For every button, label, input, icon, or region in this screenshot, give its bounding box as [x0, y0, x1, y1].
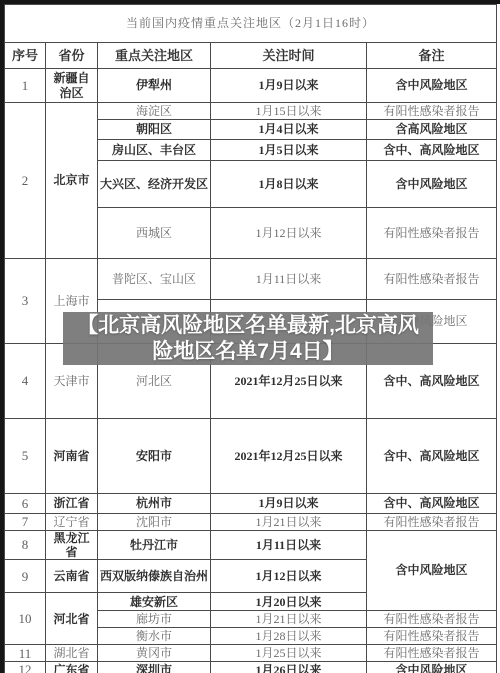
cell-region: 西双版纳傣族自治州	[98, 560, 211, 593]
watermark-banner: 【北京高风险地区名单最新,北京高风 险地区名单7月4日】	[63, 312, 433, 365]
table-row: 2 北京市 海淀区 1月15日以来 有阳性感染者报告	[5, 103, 497, 120]
cell-region: 衡水市	[98, 628, 211, 645]
cell-time: 1月12日以来	[211, 560, 367, 593]
cell-province: 河北省	[46, 593, 98, 645]
cell-note-merged: 含中风险地区	[367, 530, 497, 611]
cell-region: 普陀区、宝山区	[98, 259, 211, 300]
cell-region: 海淀区	[98, 103, 211, 120]
cell-region: 牡丹江市	[98, 530, 211, 560]
cell-note: 有阳性感染者报告	[367, 103, 497, 120]
cell-note: 含高风险地区	[367, 120, 497, 140]
table-row: 7 辽宁省 沈阳市 1月21日以来 有阳性感染者报告	[5, 514, 497, 531]
col-header-no: 序号	[5, 43, 46, 69]
cell-time: 1月26日以来	[211, 662, 367, 673]
header-row: 序号 省份 重点关注地区 关注时间 备注	[5, 43, 497, 69]
cell-serial: 3	[5, 259, 46, 344]
col-header-region: 重点关注地区	[98, 43, 211, 69]
col-header-note: 备注	[367, 43, 497, 69]
cell-region: 伊犁州	[98, 69, 211, 103]
table-row: 5 河南省 安阳市 2021年12月25日以来 含中、高风险地区	[5, 419, 497, 494]
cell-note: 含中风险地区	[367, 662, 497, 673]
cell-province: 辽宁省	[46, 514, 98, 531]
table-row: 1 新疆自治区 伊犁州 1月9日以来 含中风险地区	[5, 69, 497, 103]
cell-province: 湖北省	[46, 645, 98, 662]
cell-note: 有阳性感染者报告	[367, 628, 497, 645]
cell-province: 广东省	[46, 662, 98, 673]
cell-region: 大兴区、经济开发区	[98, 161, 211, 208]
table-row: 3 上海市 普陀区、宝山区 1月11日以来 有阳性感染者报告	[5, 259, 497, 300]
cell-time: 1月25日以来	[211, 645, 367, 662]
col-header-time: 关注时间	[211, 43, 367, 69]
cell-serial: 4	[5, 344, 46, 419]
cell-province: 北京市	[46, 103, 98, 259]
cell-serial: 2	[5, 103, 46, 259]
table-row: 12 广东省 深圳市 1月26日以来 含中风险地区	[5, 662, 497, 673]
cell-serial: 12	[5, 662, 46, 673]
cell-serial: 5	[5, 419, 46, 494]
cell-region: 廊坊市	[98, 611, 211, 628]
cell-serial: 1	[5, 69, 46, 103]
title-row: 当前国内疫情重点关注地区（2月1日16时）	[5, 5, 497, 43]
cell-region: 沈阳市	[98, 514, 211, 531]
watermark-line-1: 【北京高风险地区名单最新,北京高风	[77, 313, 419, 339]
cell-serial: 7	[5, 514, 46, 531]
cell-province: 云南省	[46, 560, 98, 593]
cell-time: 1月9日以来	[211, 69, 367, 103]
cell-time: 1月20日以来	[211, 593, 367, 611]
cell-serial: 8	[5, 530, 46, 560]
page: 当前国内疫情重点关注地区（2月1日16时） 序号 省份 重点关注地区 关注时间 …	[0, 0, 500, 673]
page-title: 当前国内疫情重点关注地区（2月1日16时）	[5, 5, 497, 43]
cell-time: 1月11日以来	[211, 259, 367, 300]
cell-region: 西城区	[98, 208, 211, 259]
cell-region: 雄安新区	[98, 593, 211, 611]
cell-region: 朝阳区	[98, 120, 211, 140]
cell-region: 房山区、丰台区	[98, 140, 211, 161]
cell-note: 有阳性感染者报告	[367, 645, 497, 662]
cell-time: 1月11日以来	[211, 530, 367, 560]
cell-note: 含中、高风险地区	[367, 140, 497, 161]
col-header-province: 省份	[46, 43, 98, 69]
cell-time: 1月28日以来	[211, 628, 367, 645]
cell-region: 杭州市	[98, 494, 211, 514]
cell-province: 黑龙江省	[46, 530, 98, 560]
cell-time: 1月21日以来	[211, 514, 367, 531]
cell-region: 深圳市	[98, 662, 211, 673]
cell-note: 有阳性感染者报告	[367, 259, 497, 300]
cell-province: 新疆自治区	[46, 69, 98, 103]
cell-serial: 9	[5, 560, 46, 593]
table-row: 8 黑龙江省 牡丹江市 1月11日以来 含中风险地区	[5, 530, 497, 560]
cell-time: 1月21日以来	[211, 611, 367, 628]
cell-note: 含中、高风险地区	[367, 494, 497, 514]
cell-region: 黄冈市	[98, 645, 211, 662]
cell-time: 1月9日以来	[211, 494, 367, 514]
cell-time: 1月15日以来	[211, 103, 367, 120]
cell-serial: 11	[5, 645, 46, 662]
cell-time: 1月8日以来	[211, 161, 367, 208]
cell-time: 2021年12月25日以来	[211, 419, 367, 494]
cell-serial: 6	[5, 494, 46, 514]
cell-time: 1月12日以来	[211, 208, 367, 259]
cell-time: 1月4日以来	[211, 120, 367, 140]
watermark-line-2: 险地区名单7月4日】	[152, 339, 343, 365]
cell-note: 含中、高风险地区	[367, 419, 497, 494]
cell-note: 含中风险地区	[367, 161, 497, 208]
cell-time: 1月5日以来	[211, 140, 367, 161]
cell-note: 有阳性感染者报告	[367, 514, 497, 531]
table-row: 11 湖北省 黄冈市 1月25日以来 有阳性感染者报告	[5, 645, 497, 662]
cell-province: 浙江省	[46, 494, 98, 514]
cell-note: 有阳性感染者报告	[367, 208, 497, 259]
table-row: 6 浙江省 杭州市 1月9日以来 含中、高风险地区	[5, 494, 497, 514]
cell-note: 含中风险地区	[367, 69, 497, 103]
cell-region: 安阳市	[98, 419, 211, 494]
cell-province: 河南省	[46, 419, 98, 494]
cell-note: 有阳性感染者报告	[367, 611, 497, 628]
cell-serial: 10	[5, 593, 46, 645]
